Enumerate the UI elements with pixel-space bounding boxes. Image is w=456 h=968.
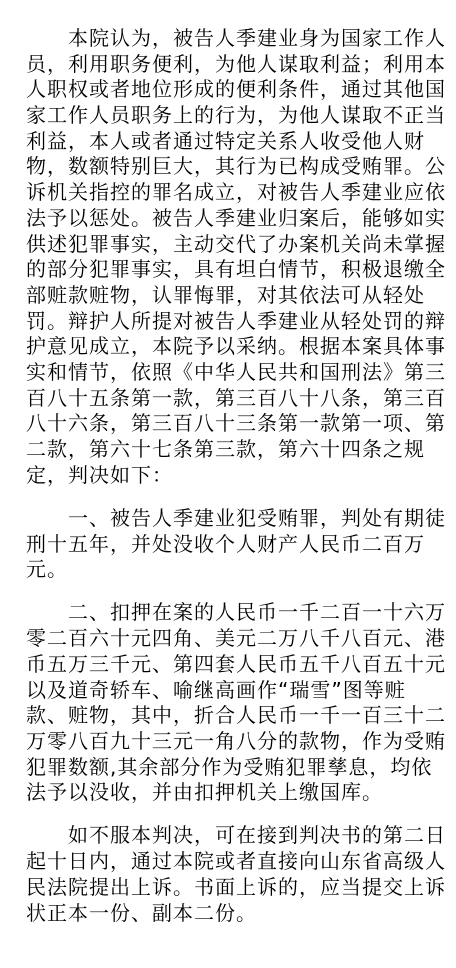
paragraph-verdict-item-2: 二、扣押在案的人民币一千二百一十六万 零二百六十元四角、美元二万八千八百元、港 … <box>26 600 451 806</box>
text-line: 款、赃物，其中，折合人民币一千一百三十二 <box>26 703 451 729</box>
text-line: 的部分犯罪事实，具有坦白情节，积极退缴全 <box>26 257 451 283</box>
text-line: 本院认为，被告人季建业身为国家工作人 <box>26 26 451 52</box>
text-line: 百八十五条第一款，第三百八十八条，第三百 <box>26 386 451 412</box>
text-line: 法予以惩处。被告人季建业归案后，能够如实 <box>26 206 451 232</box>
text-line: 刑十五年，并处没收个人财产人民币二百万 <box>26 532 451 558</box>
text-line: 一、被告人季建业犯受贿罪，判处有期徒 <box>26 506 451 532</box>
text-line: 人职权或者地位形成的便利条件，通过其他国 <box>26 77 451 103</box>
text-line: 如不服本判决，可在接到判决书的第二日 <box>26 823 451 849</box>
text-line: 法予以没收，并由扣押机关上缴国库。 <box>26 780 451 806</box>
paragraph-court-opinion: 本院认为，被告人季建业身为国家工作人 员，利用职务便利，为他人谋取利益；利用本 … <box>26 26 451 488</box>
text-line: 犯罪数额,其余部分作为受贿犯罪孳息，均依 <box>26 755 451 781</box>
paragraph-verdict-item-1: 一、被告人季建业犯受贿罪，判处有期徒 刑十五年，并处没收个人财产人民币二百万 元… <box>26 506 451 583</box>
text-line: 以及道奇轿车、喻继高画作“瑞雪”图等赃 <box>26 678 451 704</box>
text-line: 护意见成立，本院予以采纳。根据本案具体事 <box>26 334 451 360</box>
text-line: 物，数额特别巨大，其行为已构成受贿罪。公 <box>26 154 451 180</box>
text-line: 零二百六十元四角、美元二万八千八百元、港 <box>26 626 451 652</box>
text-line: 实和情节，依照《中华人民共和国刑法》第三 <box>26 360 451 386</box>
text-line: 起十日内，通过本院或者直接向山东省高级人 <box>26 849 451 875</box>
text-line: 元。 <box>26 557 451 583</box>
text-line: 万零八百九十三元一角八分的款物，作为受贿 <box>26 729 451 755</box>
text-line: 诉机关指控的罪名成立，对被告人季建业应依 <box>26 180 451 206</box>
text-line: 民法院提出上诉。书面上诉的，应当提交上诉 <box>26 875 451 901</box>
text-line: 员，利用职务便利，为他人谋取利益；利用本 <box>26 52 451 78</box>
text-line: 家工作人员职务上的行为，为他人谋取不正当 <box>26 103 451 129</box>
text-line: 二、扣押在案的人民币一千二百一十六万 <box>26 600 451 626</box>
text-line: 利益，本人或者通过特定关系人收受他人财 <box>26 129 451 155</box>
text-line: 罚。辩护人所提对被告人季建业从轻处罚的辩 <box>26 309 451 335</box>
text-line: 部赃款赃物，认罪悔罪，对其依法可从轻处 <box>26 283 451 309</box>
text-line: 状正本一份、副本二份。 <box>26 901 451 927</box>
judgment-document: 本院认为，被告人季建业身为国家工作人 员，利用职务便利，为他人谋取利益；利用本 … <box>26 26 451 944</box>
text-line: 币五万三千元、第四套人民币五千八百五十元 <box>26 652 451 678</box>
text-line: 二款，第六十七条第三款，第六十四条之规 <box>26 437 451 463</box>
text-line: 定，判决如下： <box>26 463 451 489</box>
text-line: 供述犯罪事实，主动交代了办案机关尚未掌握 <box>26 232 451 258</box>
paragraph-appeal-notice: 如不服本判决，可在接到判决书的第二日 起十日内，通过本院或者直接向山东省高级人 … <box>26 823 451 926</box>
text-line: 八十六条，第三百八十三条第一款第一项、第 <box>26 411 451 437</box>
